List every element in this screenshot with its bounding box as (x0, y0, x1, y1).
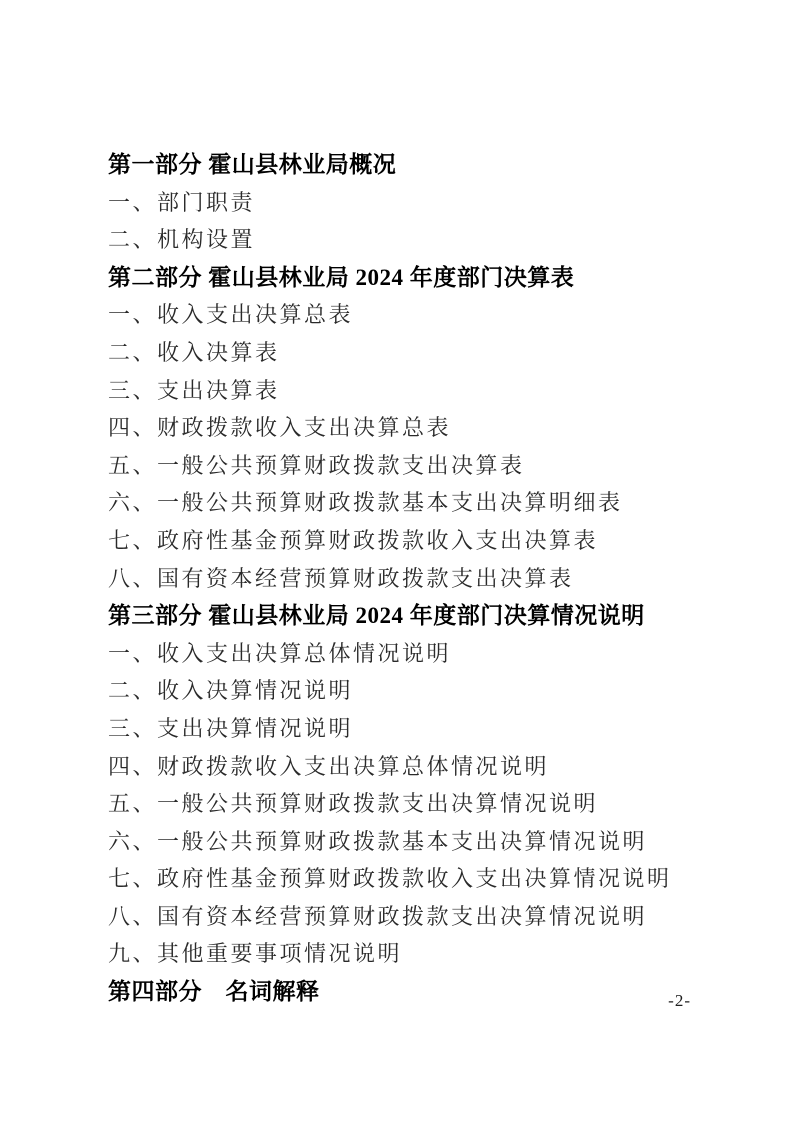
toc-item: 六、一般公共预算财政拨款基本支出决算明细表 (108, 484, 728, 522)
toc-item: 七、政府性基金预算财政拨款收入支出决算情况说明 (108, 860, 728, 898)
toc-section-heading: 第三部分 霍山县林业局 2024 年度部门决算情况说明 (108, 597, 728, 635)
toc-item: 三、支出决算情况说明 (108, 710, 728, 748)
toc-item: 八、国有资本经营预算财政拨款支出决算情况说明 (108, 898, 728, 936)
toc-item: 九、其他重要事项情况说明 (108, 935, 728, 973)
toc-item: 六、一般公共预算财政拨款基本支出决算情况说明 (108, 823, 728, 861)
page-number: -2- (668, 991, 691, 1011)
toc-item: 三、支出决算表 (108, 372, 728, 410)
toc-section-heading: 第二部分 霍山县林业局 2024 年度部门决算表 (108, 259, 728, 297)
toc-item: 四、财政拨款收入支出决算总体情况说明 (108, 748, 728, 786)
toc-item: 二、收入决算表 (108, 334, 728, 372)
toc-item: 二、收入决算情况说明 (108, 672, 728, 710)
toc-item: 五、一般公共预算财政拨款支出决算表 (108, 447, 728, 485)
document-page: 第一部分 霍山县林业局概况一、部门职责二、机构设置第二部分 霍山县林业局 202… (0, 0, 793, 1122)
toc-item: 四、财政拨款收入支出决算总表 (108, 409, 728, 447)
toc-item: 八、国有资本经营预算财政拨款支出决算表 (108, 560, 728, 598)
toc-item: 五、一般公共预算财政拨款支出决算情况说明 (108, 785, 728, 823)
toc-item: 二、机构设置 (108, 221, 728, 259)
toc-item: 一、收入支出决算总体情况说明 (108, 635, 728, 673)
toc: 第一部分 霍山县林业局概况一、部门职责二、机构设置第二部分 霍山县林业局 202… (108, 146, 728, 1011)
toc-section-heading: 第四部分 名词解释 (108, 973, 728, 1011)
toc-item: 一、部门职责 (108, 184, 728, 222)
toc-item: 七、政府性基金预算财政拨款收入支出决算表 (108, 522, 728, 560)
toc-item: 一、收入支出决算总表 (108, 296, 728, 334)
toc-section-heading: 第一部分 霍山县林业局概况 (108, 146, 728, 184)
